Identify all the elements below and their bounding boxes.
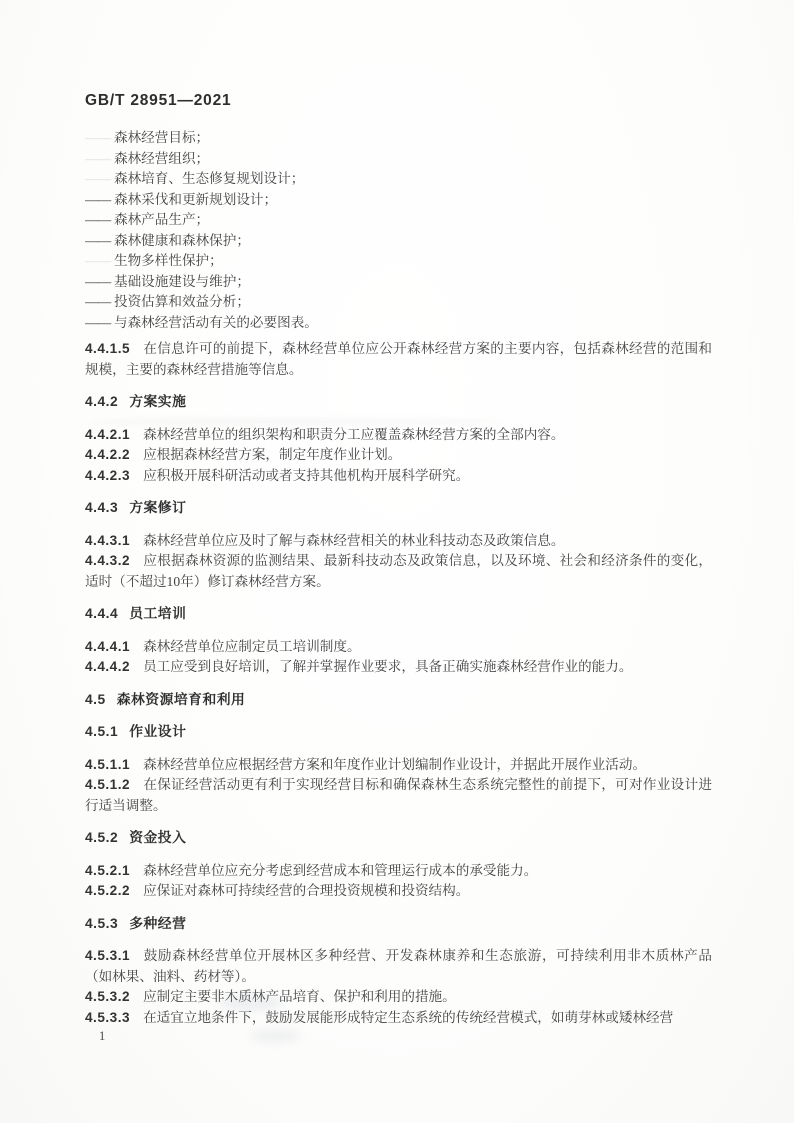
section-heading: 4.5.2资金投入 — [85, 828, 712, 849]
clause-number: 4.4.3.2 — [85, 553, 143, 568]
clause-text: 在适宜立地条件下，鼓励发展能形成特定生态系统的传统经营模式，如萌芽林或矮林经营 — [143, 1010, 673, 1025]
clause-number: 4.5.1.2 — [85, 777, 143, 792]
clause-number: 4.5 — [85, 692, 117, 707]
clause-text: 应保证对森林可持续经营的合理投资规模和投资结构。 — [143, 883, 469, 898]
list-item: ——森林培育、生态修复规划设计； — [85, 169, 712, 190]
clause-paragraph: 4.5.3.3在适宜立地条件下，鼓励发展能形成特定生态系统的传统经营模式，如萌芽… — [85, 1008, 712, 1029]
clause-number: 4.5.2.1 — [85, 863, 143, 878]
heading-text: 方案修订 — [129, 500, 186, 515]
heading-text: 员工培训 — [129, 606, 186, 621]
clause-paragraph: 4.5.1.2在保证经营活动更有利于实现经营目标和确保森林生态系统完整性的前提下… — [85, 775, 712, 816]
clause-number: 4.5.3.3 — [85, 1010, 143, 1025]
document-page: GB/T 28951—2021 ——森林经营目标； ——森林经营组织； ——森林… — [0, 0, 794, 1123]
clause-text: 森林经营单位应及时了解与森林经营相关的林业科技动态及政策信息。 — [143, 533, 564, 548]
list-dash: —— — [85, 272, 114, 293]
clause-paragraph: 4.4.2.3应积极开展科研活动或者支持其他机构开展科学研究。 — [85, 466, 712, 487]
clause-number: 4.4.2.1 — [85, 427, 143, 442]
clause-paragraph: 4.4.4.2员工应受到良好培训，了解并掌握作业要求，具备正确实施森林经营作业的… — [85, 657, 712, 678]
list-item: ——森林经营目标； — [85, 128, 712, 149]
list-item: ——森林经营组织； — [85, 149, 712, 170]
clause-text: 在信息许可的前提下，森林经营单位应公开森林经营方案的主要内容，包括森林经营的范围… — [85, 341, 712, 377]
list-item-text: 基础设施建设与维护； — [114, 274, 250, 289]
clause-number: 4.5.1 — [85, 724, 129, 739]
list-dash: —— — [85, 210, 114, 231]
heading-text: 资金投入 — [129, 830, 186, 845]
list-item-text: 森林经营组织； — [114, 151, 209, 166]
clause-paragraph: 4.5.2.2应保证对森林可持续经营的合理投资规模和投资结构。 — [85, 881, 712, 902]
section-heading-level1: 4.5森林资源培育和利用 — [85, 690, 712, 711]
list-dash-faded: —— — [85, 169, 114, 190]
list-dash: —— — [85, 292, 114, 313]
clause-text: 在保证经营活动更有利于实现经营目标和确保森林生态系统完整性的前提下，可对作业设计… — [85, 777, 712, 813]
list-dash-faded: —— — [85, 251, 114, 272]
clause-text: 森林经营单位应制定员工培训制度。 — [143, 639, 361, 654]
clause-text: 应制定主要非木质林产品培育、保护和利用的措施。 — [143, 989, 456, 1004]
clause-number: 4.4.3.1 — [85, 533, 143, 548]
heading-text: 多种经营 — [129, 916, 186, 931]
clause-number: 4.5.2.2 — [85, 883, 143, 898]
section-heading: 4.4.2方案实施 — [85, 392, 712, 413]
list-item: ——生物多样性保护； — [85, 251, 712, 272]
clause-paragraph: 4.4.2.2应根据森林经营方案，制定年度作业计划。 — [85, 445, 712, 466]
section-heading: 4.4.4员工培训 — [85, 604, 712, 625]
section-heading: 4.5.3多种经营 — [85, 914, 712, 935]
clause-text: 应根据森林经营方案，制定年度作业计划。 — [143, 447, 401, 462]
heading-text: 作业设计 — [129, 724, 186, 739]
management-plan-content-list: ——森林经营目标； ——森林经营组织； ——森林培育、生态修复规划设计； ——森… — [85, 128, 712, 333]
clause-paragraph: 4.4.3.1森林经营单位应及时了解与森林经营相关的林业科技动态及政策信息。 — [85, 531, 712, 552]
heading-text: 方案实施 — [129, 394, 186, 409]
list-item-text: 森林经营目标； — [114, 130, 209, 145]
clause-paragraph: 4.4.1.5在信息许可的前提下，森林经营单位应公开森林经营方案的主要内容，包括… — [85, 339, 712, 380]
clause-paragraph: 4.5.2.1森林经营单位应充分考虑到经营成本和管理运行成本的承受能力。 — [85, 861, 712, 882]
clause-number: 4.4.2.2 — [85, 447, 143, 462]
clause-number: 4.5.3.1 — [85, 948, 143, 963]
clause-text: 森林经营单位应根据经营方案和年度作业计划编制作业设计，并据此开展作业活动。 — [143, 757, 646, 772]
section-heading: 4.4.3方案修订 — [85, 498, 712, 519]
clause-number: 4.5.1.1 — [85, 757, 143, 772]
clause-paragraph: 4.4.3.2应根据森林资源的监测结果、最新科技动态及政策信息，以及环境、社会和… — [85, 551, 712, 592]
clause-number: 4.5.3.2 — [85, 989, 143, 1004]
list-item: ——森林健康和森林保护； — [85, 231, 712, 252]
clause-paragraph: 4.4.4.1森林经营单位应制定员工培训制度。 — [85, 637, 712, 658]
list-dash: —— — [85, 190, 114, 211]
list-item-text: 森林培育、生态修复规划设计； — [114, 171, 304, 186]
clause-paragraph: 4.5.1.1森林经营单位应根据经营方案和年度作业计划编制作业设计，并据此开展作… — [85, 755, 712, 776]
list-item-text: 生物多样性保护； — [114, 253, 223, 268]
clause-text: 鼓励森林经营单位开展林区多种经营、开发森林康养和生态旅游，可持续利用非木质林产品… — [85, 948, 712, 984]
clause-text: 应积极开展科研活动或者支持其他机构开展科学研究。 — [143, 468, 469, 483]
clause-number: 4.4.4.1 — [85, 639, 143, 654]
scanned-text-layer: GB/T 28951—2021 ——森林经营目标； ——森林经营组织； ——森林… — [0, 0, 794, 1123]
clause-number: 4.4.1.5 — [85, 341, 143, 356]
clause-paragraph: 4.5.3.2应制定主要非木质林产品培育、保护和利用的措施。 — [85, 987, 712, 1008]
clause-text: 应根据森林资源的监测结果、最新科技动态及政策信息，以及环境、社会和经济条件的变化… — [85, 553, 712, 589]
list-item-text: 与森林经营活动有关的必要图表。 — [114, 315, 318, 330]
standard-number-header: GB/T 28951—2021 — [85, 92, 231, 110]
clause-number: 4.4.4.2 — [85, 659, 143, 674]
list-dash-faded: —— — [85, 149, 114, 170]
document-body: ——森林经营目标； ——森林经营组织； ——森林培育、生态修复规划设计； ——森… — [85, 128, 712, 1028]
heading-text: 森林资源培育和利用 — [117, 692, 246, 707]
section-heading: 4.5.1作业设计 — [85, 722, 712, 743]
page-number: 1 — [99, 1029, 105, 1044]
clause-number: 4.4.2 — [85, 394, 129, 409]
clause-number: 4.4.2.3 — [85, 468, 143, 483]
list-dash: —— — [85, 231, 114, 252]
list-item: ——森林产品生产； — [85, 210, 712, 231]
clause-text: 森林经营单位应充分考虑到经营成本和管理运行成本的承受能力。 — [143, 863, 537, 878]
list-dash-faded: —— — [85, 128, 114, 149]
list-item-text: 投资估算和效益分析； — [114, 294, 250, 309]
clause-number: 4.5.3 — [85, 916, 129, 931]
list-item: ——森林采伐和更新规划设计； — [85, 190, 712, 211]
list-item-text: 森林健康和森林保护； — [114, 233, 250, 248]
list-item: ——投资估算和效益分析； — [85, 292, 712, 313]
clause-text: 员工应受到良好培训，了解并掌握作业要求，具备正确实施森林经营作业的能力。 — [143, 659, 632, 674]
clause-paragraph: 4.5.3.1鼓励森林经营单位开展林区多种经营、开发森林康养和生态旅游，可持续利… — [85, 946, 712, 987]
clause-text: 森林经营单位的组织架构和职责分工应覆盖森林经营方案的全部内容。 — [143, 427, 564, 442]
clause-number: 4.4.4 — [85, 606, 129, 621]
clause-number: 4.4.3 — [85, 500, 129, 515]
clause-number: 4.5.2 — [85, 830, 129, 845]
list-item: ——与森林经营活动有关的必要图表。 — [85, 313, 712, 334]
list-item-text: 森林采伐和更新规划设计； — [114, 192, 277, 207]
list-dash: —— — [85, 313, 114, 334]
list-item-text: 森林产品生产； — [114, 212, 209, 227]
clause-paragraph: 4.4.2.1森林经营单位的组织架构和职责分工应覆盖森林经营方案的全部内容。 — [85, 425, 712, 446]
list-item: ——基础设施建设与维护； — [85, 272, 712, 293]
